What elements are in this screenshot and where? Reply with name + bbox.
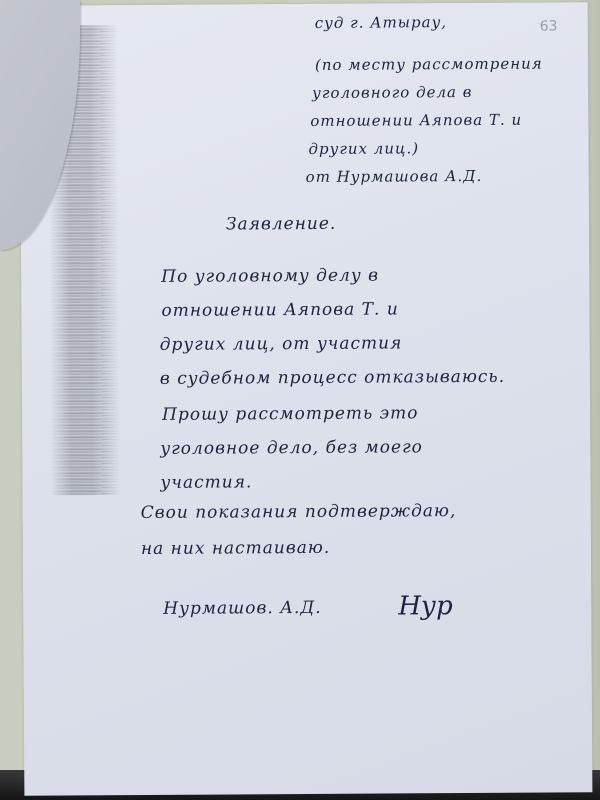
addressee-block: суд г. Атырау, (по месту рассмотрения уг… [20,2,588,5]
statement-line: отношении Аяпова Т. и [161,299,398,320]
document-title: Заявление. [226,214,336,235]
statement-line: на них настаиваю. [141,538,330,559]
signatory-name: Нурмашов. А.Д. [163,598,321,619]
addressee-line: суд г. Атырау, [315,13,447,32]
sender-line: от Нурмашова А.Д. [306,167,483,186]
addressee-line: (по месту рассмотрения [315,55,543,74]
addressee-line: других лиц.) [308,139,419,158]
addressee-line: отношении Аяпова Т. и [310,111,522,130]
addressee-line: уголовного дела в [312,83,472,102]
statement-line: Свои показания подтверждаю, [141,501,457,523]
statement-line: в судебном процесс отказываюсь. [160,367,505,389]
statement-line: Прошу рассмотреть это [162,403,419,425]
statement-line: других лиц, от участия [160,333,403,354]
statement-line: уголовное дело, без моего [160,437,423,459]
statement-body: По уголовному делу в отношении Аяпова Т.… [20,2,588,5]
handwritten-signature: Нур [398,591,453,621]
signature-block: Нурмашов. А.Д. Нур [20,2,588,5]
page-number: 63 [540,18,558,34]
statement-line: участия. [160,472,252,493]
statement-line: По уголовному делу в [161,266,379,287]
document-page: 63 суд г. Атырау, (по месту рассмотрения… [20,2,593,795]
